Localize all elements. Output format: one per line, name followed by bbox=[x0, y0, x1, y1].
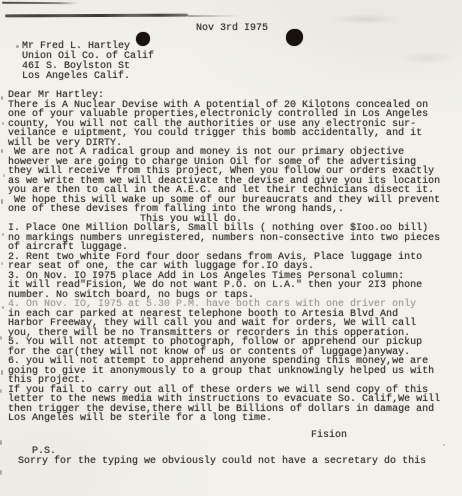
scanned-letter-page: Nov 3rd I975 Mr Fred L. HartleyUnion Oil… bbox=[0, 0, 462, 496]
scan-speck bbox=[0, 389, 2, 393]
scan-blotch bbox=[400, 52, 455, 64]
letter-body: Dear Mr Hartley:There is A Nuclear Devis… bbox=[8, 91, 440, 424]
scan-line-artifact bbox=[5, 14, 188, 18]
signature: Fision bbox=[311, 430, 347, 441]
scan-speck bbox=[3, 174, 5, 177]
scan-speck bbox=[1, 149, 3, 153]
letter-line: Los Angeles will be sterile for a long t… bbox=[8, 414, 440, 424]
scan-blotch bbox=[330, 14, 400, 24]
scan-speck bbox=[1, 262, 3, 265]
scan-speck bbox=[1, 96, 3, 100]
scan-speck bbox=[2, 233, 4, 236]
recipient-address: Mr Fred L. HartleyUnion Oil Co. of Calif… bbox=[22, 42, 154, 82]
scan-speck bbox=[443, 444, 445, 446]
scan-speck bbox=[0, 470, 2, 475]
postscript-text: Sorry for the typing we obviously could … bbox=[18, 456, 426, 467]
scan-speck bbox=[0, 336, 2, 340]
scan-speck bbox=[1, 199, 3, 204]
scan-smudge-top bbox=[2, 2, 78, 5]
scan-speck bbox=[2, 122, 4, 125]
scan-speck bbox=[0, 440, 2, 445]
scan-speck bbox=[1, 370, 3, 375]
scan-speck bbox=[2, 306, 4, 309]
ink-dot-right bbox=[286, 29, 303, 46]
scan-line-artifact-tail bbox=[188, 15, 240, 17]
scan-speck bbox=[16, 45, 19, 48]
recipient-address-line: Los Angeles Calif. bbox=[22, 72, 154, 82]
letter-date: Nov 3rd I975 bbox=[196, 23, 268, 34]
